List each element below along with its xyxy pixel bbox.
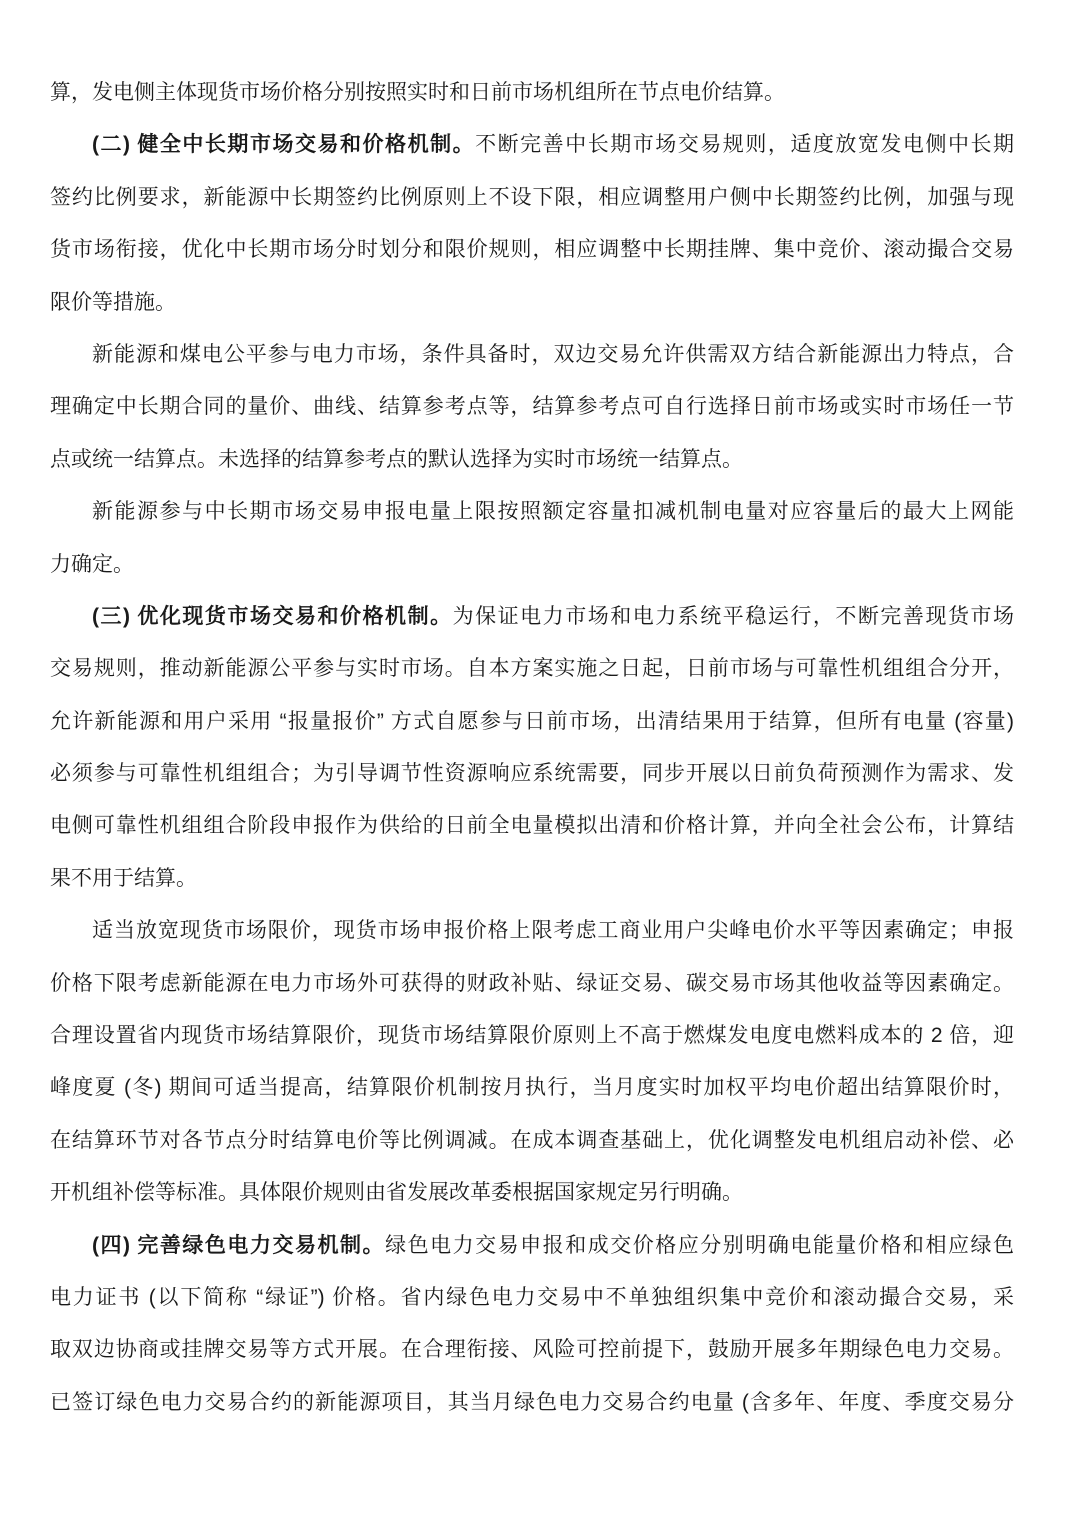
body-text: 开机组补偿等标准。具体限价规则由省发展改革委根据国家规定另行明确。 [50, 1181, 743, 1204]
section-2-paragraph-line-4: 限价等措施。 [50, 277, 1014, 329]
section-3-paragraph-line-3: 允许新能源和用户采用 “报量报价” 方式自愿参与日前市场，出清结果用于结算，但所… [50, 696, 1014, 748]
body-text: 果不用于结算。 [50, 867, 197, 890]
section-3-paragraph-line-5: 电侧可靠性机组组合阶段申报作为供给的日前全电量模拟出清和价格计算，并向全社会公布… [50, 800, 1014, 852]
body-paragraph-line-1: 新能源和煤电公平参与电力市场，条件具备时，双边交易允许供需双方结合新能源出力特点… [50, 329, 1014, 381]
body-text: 在结算环节对各节点分时结算电价等比例调减。在成本调查基础上，优化调整发电机组启动… [50, 1129, 1014, 1152]
body-text: 理确定中长期合同的量价、曲线、结算参考点等，结算参考点可自行选择日前市场或实时市… [50, 395, 1014, 418]
body-text: 允许新能源和用户采用 “报量报价” 方式自愿参与日前市场，出清结果用于结算，但所… [50, 710, 1014, 733]
section-3-paragraph-line-2: 交易规则，推动新能源公平参与实时市场。自本方案实施之日起，日前市场与可靠性机组组… [50, 643, 1014, 695]
body-text: 力确定。 [50, 553, 134, 576]
body-text: 峰度夏 (冬) 期间可适当提高，结算限价机制按月执行，当月度实时加权平均电价超出… [50, 1076, 1014, 1099]
body-text: 点或统一结算点。未选择的结算参考点的默认选择为实时市场统一结算点。 [50, 448, 743, 471]
body-text: 限价等措施。 [50, 291, 176, 314]
section-4-paragraph-line-4: 已签订绿色电力交易合约的新能源项目，其当月绿色电力交易合约电量 (含多年、年度、… [50, 1377, 1014, 1429]
body-paragraph-line-1: 新能源参与中长期市场交易申报电量上限按照额定容量扣减机制电量对应容量后的最大上网… [50, 486, 1014, 538]
body-text: 价格下限考虑新能源在电力市场外可获得的财政补贴、绿证交易、碳交易市场其他收益等因… [50, 972, 1014, 995]
body-paragraph-line-2: 理确定中长期合同的量价、曲线、结算参考点等，结算参考点可自行选择日前市场或实时市… [50, 381, 1014, 433]
section-3-paragraph-line-6: 果不用于结算。 [50, 853, 1014, 905]
continuation-paragraph-line-1: 算，发电侧主体现货市场价格分别按照实时和日前市场机组所在节点电价结算。 [50, 67, 1014, 119]
section-heading-text: (三) 优化现货市场交易和价格机制。 [92, 605, 453, 628]
body-paragraph-line-3: 点或统一结算点。未选择的结算参考点的默认选择为实时市场统一结算点。 [50, 434, 1014, 486]
body-paragraph-line-1: 适当放宽现货市场限价，现货市场申报价格上限考虑工商业用户尖峰电价水平等因素确定；… [50, 905, 1014, 957]
body-paragraph-line-2: 价格下限考虑新能源在电力市场外可获得的财政补贴、绿证交易、碳交易市场其他收益等因… [50, 958, 1014, 1010]
section-4-paragraph-line-3: 取双边协商或挂牌交易等方式开展。在合理衔接、风险可控前提下，鼓励开展多年期绿色电… [50, 1324, 1014, 1376]
section-heading-text: (二) 健全中长期市场交易和价格机制。 [92, 133, 475, 156]
section-heading-text: (四) 完善绿色电力交易机制。 [92, 1234, 385, 1257]
section-4-paragraph-line-1: (四) 完善绿色电力交易机制。绿色电力交易申报和成交价格应分别明确电能量价格和相… [50, 1220, 1014, 1272]
body-paragraph-line-6: 开机组补偿等标准。具体限价规则由省发展改革委根据国家规定另行明确。 [50, 1167, 1014, 1219]
document-body: 算，发电侧主体现货市场价格分别按照实时和日前市场机组所在节点电价结算。(二) 健… [50, 67, 1014, 1429]
body-text: 算，发电侧主体现货市场价格分别按照实时和日前市场机组所在节点电价结算。 [50, 81, 785, 104]
body-text: 合理设置省内现货市场结算限价，现货市场结算限价原则上不高于燃煤发电度电燃料成本的… [50, 1024, 1014, 1047]
body-text: 必须参与可靠性机组组合；为引导调节性资源响应系统需要，同步开展以日前负荷预测作为… [50, 762, 1014, 785]
section-3-paragraph-line-4: 必须参与可靠性机组组合；为引导调节性资源响应系统需要，同步开展以日前负荷预测作为… [50, 748, 1014, 800]
section-4-paragraph-line-2: 电力证书 (以下简称 “绿证”) 价格。省内绿色电力交易中不单独组织集中竞价和滚… [50, 1272, 1014, 1324]
body-text: 电侧可靠性机组组合阶段申报作为供给的日前全电量模拟出清和价格计算，并向全社会公布… [50, 814, 1014, 837]
section-2-paragraph-line-2: 签约比例要求，新能源中长期签约比例原则上不设下限，相应调整用户侧中长期签约比例，… [50, 172, 1014, 224]
body-text: 电力证书 (以下简称 “绿证”) 价格。省内绿色电力交易中不单独组织集中竞价和滚… [50, 1286, 1014, 1309]
body-text: 签约比例要求，新能源中长期签约比例原则上不设下限，相应调整用户侧中长期签约比例，… [50, 186, 1014, 209]
section-2-paragraph-line-1: (二) 健全中长期市场交易和价格机制。不断完善中长期市场交易规则，适度放宽发电侧… [50, 119, 1014, 171]
body-paragraph-line-3: 合理设置省内现货市场结算限价，现货市场结算限价原则上不高于燃煤发电度电燃料成本的… [50, 1010, 1014, 1062]
body-text: 已签订绿色电力交易合约的新能源项目，其当月绿色电力交易合约电量 (含多年、年度、… [50, 1391, 1014, 1414]
document-page: 算，发电侧主体现货市场价格分别按照实时和日前市场机组所在节点电价结算。(二) 健… [0, 0, 1080, 1526]
body-text: 取双边协商或挂牌交易等方式开展。在合理衔接、风险可控前提下，鼓励开展多年期绿色电… [50, 1338, 1014, 1361]
body-paragraph-line-2: 力确定。 [50, 539, 1014, 591]
body-text: 货市场衔接，优化中长期市场分时划分和限价规则，相应调整中长期挂牌、集中竞价、滚动… [50, 238, 1014, 261]
body-text: 交易规则，推动新能源公平参与实时市场。自本方案实施之日起，日前市场与可靠性机组组… [50, 657, 1014, 680]
body-paragraph-line-5: 在结算环节对各节点分时结算电价等比例调减。在成本调查基础上，优化调整发电机组启动… [50, 1115, 1014, 1167]
body-text: 新能源和煤电公平参与电力市场，条件具备时，双边交易允许供需双方结合新能源出力特点… [92, 343, 1014, 366]
body-text: 绿色电力交易申报和成交价格应分别明确电能量价格和相应绿色 [385, 1234, 1014, 1257]
body-text: 不断完善中长期市场交易规则，适度放宽发电侧中长期 [475, 133, 1014, 156]
section-2-paragraph-line-3: 货市场衔接，优化中长期市场分时划分和限价规则，相应调整中长期挂牌、集中竞价、滚动… [50, 224, 1014, 276]
body-text: 新能源参与中长期市场交易申报电量上限按照额定容量扣减机制电量对应容量后的最大上网… [92, 500, 1014, 523]
body-paragraph-line-4: 峰度夏 (冬) 期间可适当提高，结算限价机制按月执行，当月度实时加权平均电价超出… [50, 1062, 1014, 1114]
body-text: 为保证电力市场和电力系统平稳运行，不断完善现货市场 [453, 605, 1014, 628]
body-text: 适当放宽现货市场限价，现货市场申报价格上限考虑工商业用户尖峰电价水平等因素确定；… [92, 919, 1014, 942]
section-3-paragraph-line-1: (三) 优化现货市场交易和价格机制。为保证电力市场和电力系统平稳运行，不断完善现… [50, 591, 1014, 643]
